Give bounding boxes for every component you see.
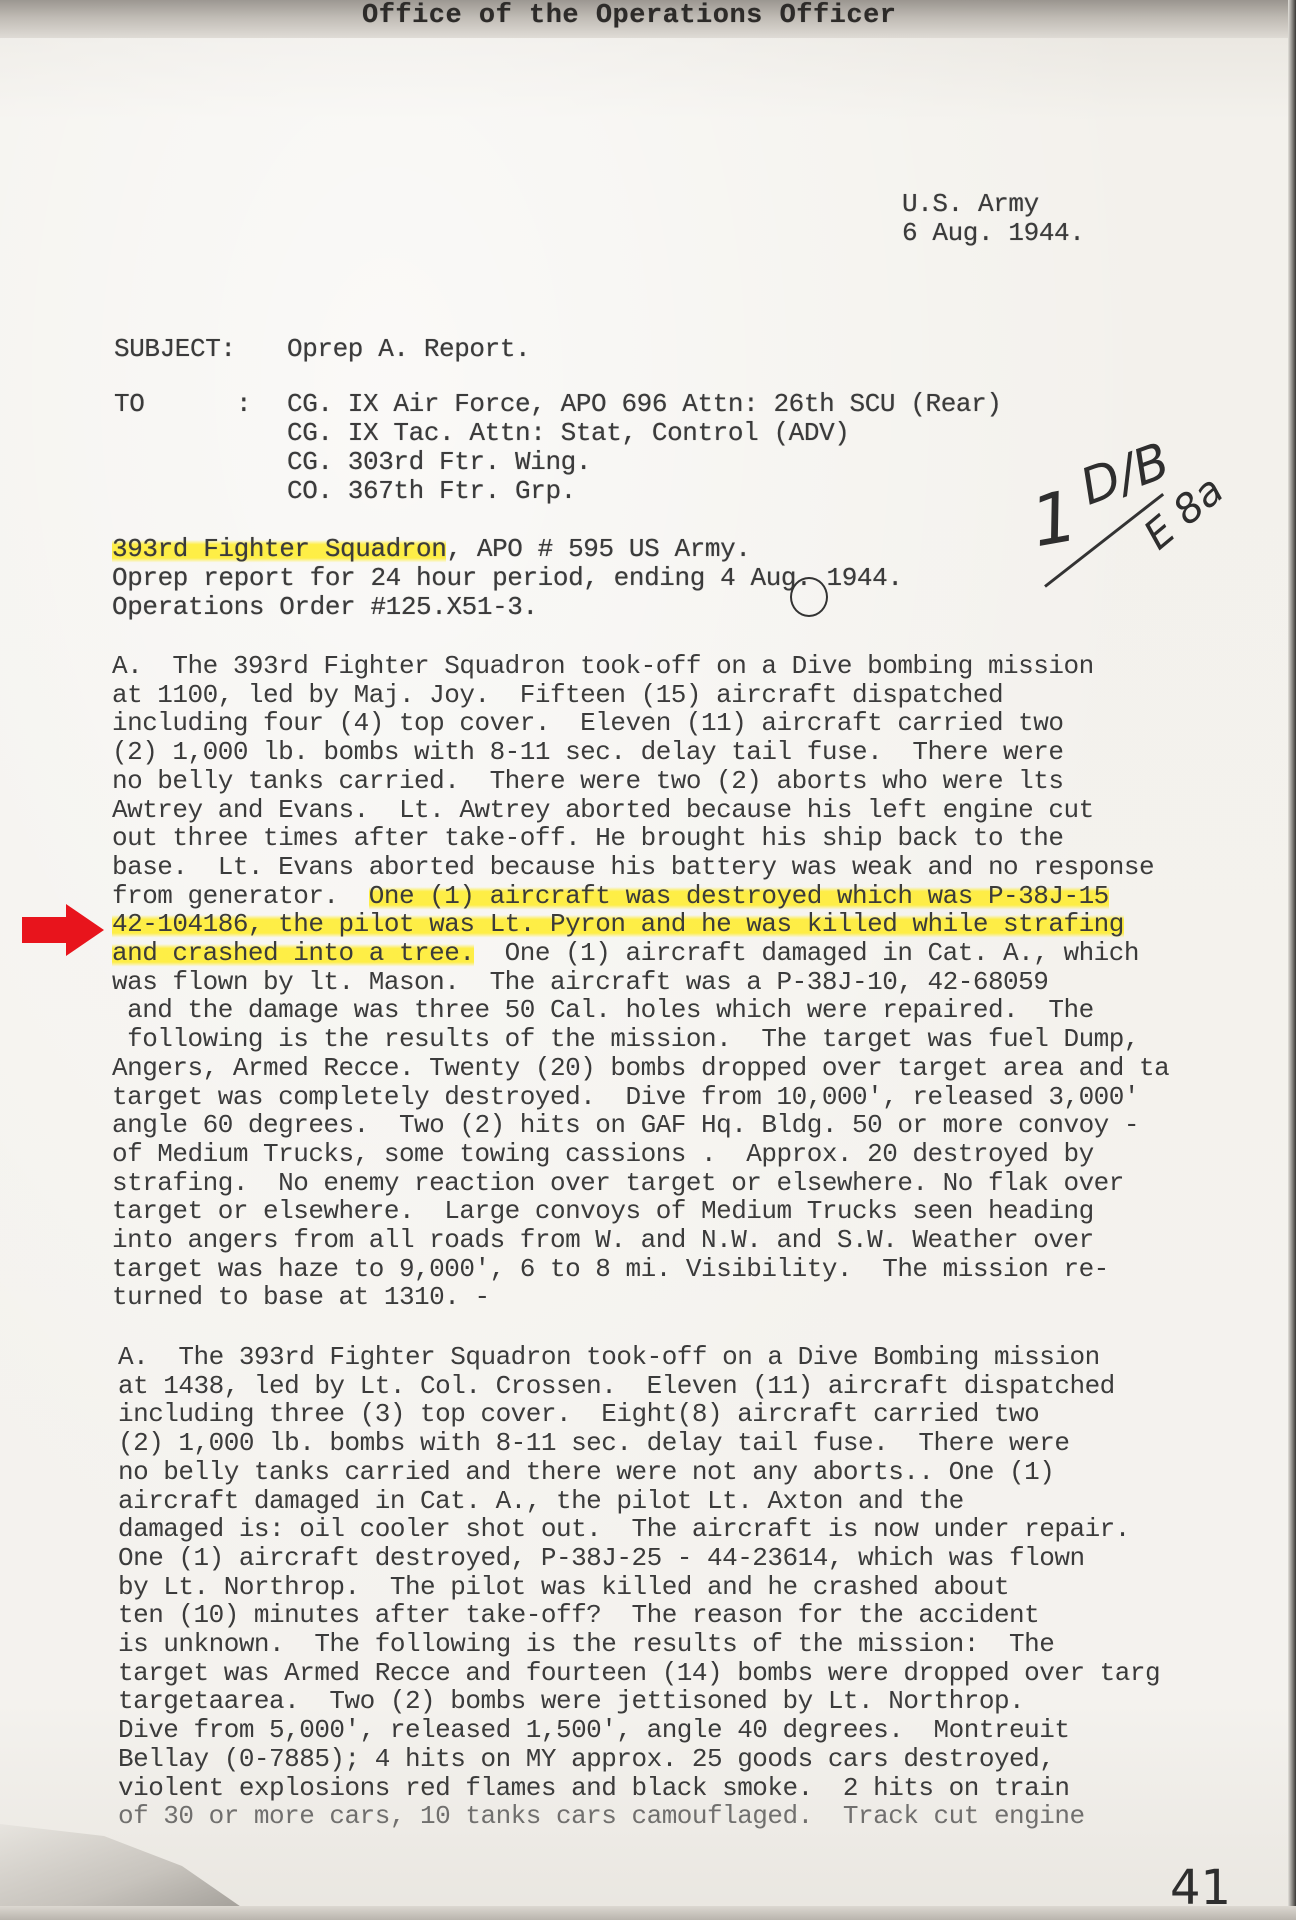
text-line: at 1438, led by Lt. Col. Crossen. Eleven…	[118, 1372, 1160, 1401]
subject-label: SUBJECT:	[114, 335, 236, 364]
text-line: One (1) aircraft destroyed, P-38J-25 - 4…	[118, 1544, 1160, 1573]
office-header: Office of the Operations Officer	[362, 2, 896, 31]
text-line: including four (4) top cover. Eleven (11…	[112, 709, 1169, 738]
text-line: aircraft damaged in Cat. A., the pilot L…	[118, 1487, 1160, 1516]
text-line: (2) 1,000 lb. bombs with 8-11 sec. delay…	[118, 1429, 1160, 1458]
text-line: including three (3) top cover. Eight(8) …	[118, 1400, 1160, 1429]
text-line: turned to base at 1310. -	[112, 1283, 1169, 1312]
text-line: by Lt. Northrop. The pilot was killed an…	[118, 1573, 1160, 1602]
recipient: CG. 303rd Ftr. Wing.	[287, 448, 591, 477]
text-line: Angers, Armed Recce. Twenty (20) bombs d…	[112, 1054, 1169, 1083]
text-line: targetaarea. Two (2) bombs were jettison…	[118, 1687, 1160, 1716]
text-line: no belly tanks carried and there were no…	[118, 1458, 1160, 1487]
text-line: target was Armed Recce and fourteen (14)…	[118, 1659, 1160, 1688]
to-label: TO	[114, 390, 144, 419]
highlighted-text: 393rd Fighter Squadron	[112, 534, 446, 564]
highlighted-text: 42-104186, the pilot was Lt. Pyron and h…	[112, 909, 1124, 939]
text-line: is unknown. The following is the results…	[118, 1630, 1160, 1659]
handwritten-stroke: 1	[1025, 475, 1083, 563]
text-line: target was completely destroyed. Dive fr…	[112, 1083, 1169, 1112]
text-line: at 1100, led by Maj. Joy. Fifteen (15) a…	[112, 681, 1169, 710]
text-line: into angers from all roads from W. and N…	[112, 1226, 1169, 1255]
text-line: ten (10) minutes after take-off? The rea…	[118, 1601, 1160, 1630]
mission-1-paragraph: A. The 393rd Fighter Squadron took-off o…	[112, 652, 1169, 1312]
highlighted-text: and crashed into a tree.	[112, 938, 474, 968]
subject: Oprep A. Report.	[287, 335, 530, 364]
handwritten-page-number: 41	[1170, 1860, 1231, 1916]
text-line: Bellay (0-7885); 4 hits on MY approx. 25…	[118, 1745, 1160, 1774]
text-line: Dive from 5,000', released 1,500', angle…	[118, 1716, 1160, 1745]
to-colon: :	[236, 390, 251, 419]
text-line: angle 60 degrees. Two (2) hits on GAF Hq…	[112, 1111, 1169, 1140]
text-line: no belly tanks carried. There were two (…	[112, 767, 1169, 796]
text-line: 42-104186, the pilot was Lt. Pyron and h…	[112, 910, 1169, 939]
date: 6 Aug. 1944.	[902, 219, 1084, 248]
text-line: A. The 393rd Fighter Squadron took-off o…	[118, 1343, 1160, 1372]
scanned-document-page: Office of the Operations Officer U.S. Ar…	[0, 0, 1296, 1920]
recipient: CO. 367th Ftr. Grp.	[287, 477, 576, 506]
text-line: (2) 1,000 lb. bombs with 8-11 sec. delay…	[112, 738, 1169, 767]
text-line: Awtrey and Evans. Lt. Awtrey aborted bec…	[112, 796, 1169, 825]
text-line: base. Lt. Evans aborted because his batt…	[112, 853, 1169, 882]
text-line: out three times after take-off. He broug…	[112, 824, 1169, 853]
text-line: target or elsewhere. Large convoys of Me…	[112, 1197, 1169, 1226]
text-line: damaged is: oil cooler shot out. The air…	[118, 1515, 1160, 1544]
highlighted-text: One (1) aircraft was destroyed which was…	[369, 881, 1109, 911]
recipient: CG. IX Air Force, APO 696 Attn: 26th SCU…	[287, 390, 1002, 419]
text-line: violent explosions red flames and black …	[118, 1774, 1160, 1803]
order-line: Operations Order #125.X51-3.	[112, 593, 538, 622]
unit-line: 393rd Fighter Squadron, APO # 595 US Arm…	[112, 535, 751, 564]
mission-2-paragraph: A. The 393rd Fighter Squadron took-off o…	[118, 1343, 1160, 1831]
period-line: Oprep report for 24 hour period, ending …	[112, 564, 903, 593]
text-line: was flown by lt. Mason. The aircraft was…	[112, 968, 1169, 997]
scan-edge-right	[1288, 0, 1296, 1920]
text-line: of 30 or more cars, 10 tanks cars camouf…	[118, 1802, 1160, 1831]
text-line: and crashed into a tree. One (1) aircraf…	[112, 939, 1169, 968]
text-line: from generator. One (1) aircraft was des…	[112, 882, 1169, 911]
recipient: CG. IX Tac. Attn: Stat, Control (ADV)	[287, 419, 850, 448]
red-arrow-icon	[22, 904, 104, 956]
scan-edge-bottom	[0, 1906, 1296, 1920]
origin: U.S. Army	[902, 190, 1039, 219]
text-line: and the damage was three 50 Cal. holes w…	[112, 996, 1169, 1025]
text-line: A. The 393rd Fighter Squadron took-off o…	[112, 652, 1169, 681]
text-line: target was haze to 9,000', 6 to 8 mi. Vi…	[112, 1255, 1169, 1284]
text-line: following is the results of the mission.…	[112, 1025, 1169, 1054]
text-line: of Medium Trucks, some towing cassions .…	[112, 1140, 1169, 1169]
text-line: strafing. No enemy reaction over target …	[112, 1169, 1169, 1198]
handwritten-circle	[790, 577, 828, 617]
